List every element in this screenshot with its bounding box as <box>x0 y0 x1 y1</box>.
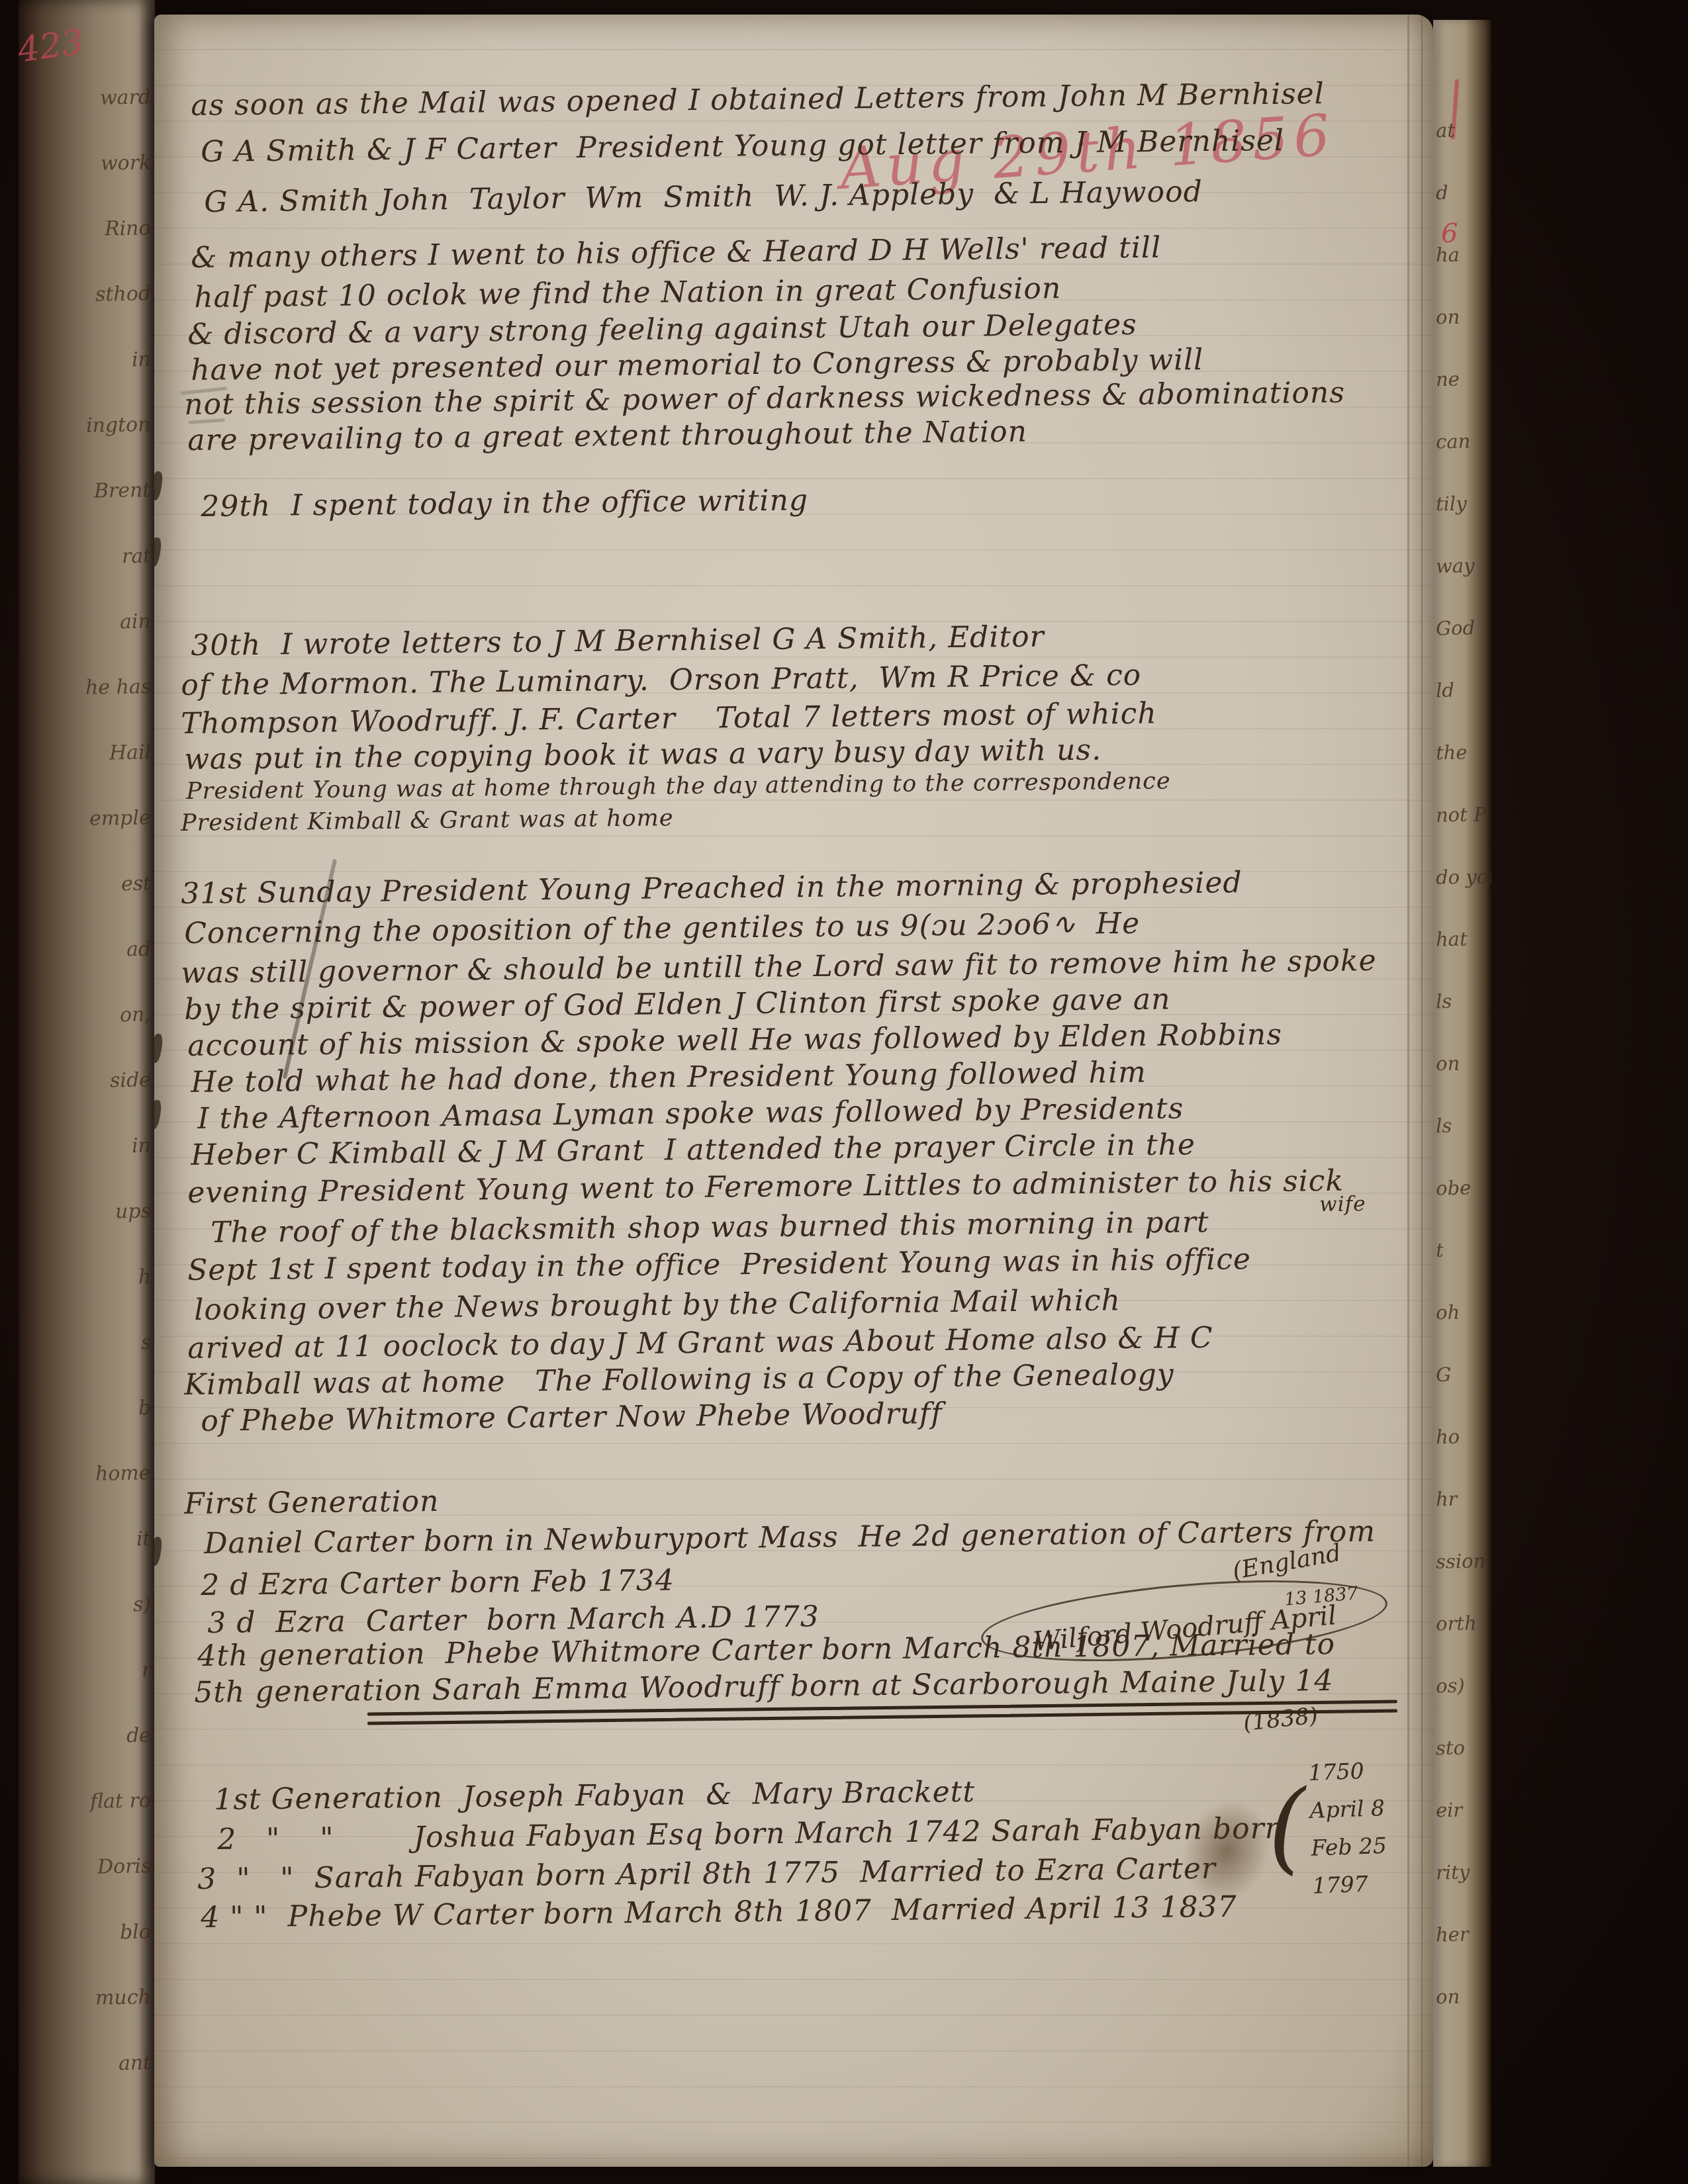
text-fragment: de <box>126 1724 152 1748</box>
text-fragment: on <box>1436 1985 1460 2009</box>
journal-line: was still governor & should be untill th… <box>181 944 1377 990</box>
text-fragment: her <box>1436 1923 1469 1946</box>
text-fragment: way <box>1436 554 1475 577</box>
text-fragment: God <box>1436 616 1476 639</box>
journal-line: Concerning the oposition of the gentiles… <box>184 907 1140 950</box>
genealogy-line: Daniel Carter born in Newburyport Mass H… <box>204 1514 1376 1561</box>
text-fragment: eir <box>1436 1799 1463 1822</box>
text-fragment: side <box>110 1068 152 1092</box>
text-fragment: on, <box>120 1003 152 1027</box>
text-fragment: it <box>136 1527 151 1551</box>
text-fragment: in <box>132 348 152 371</box>
text-fragment: do you <box>1436 865 1491 889</box>
text-fragment: r <box>141 1659 151 1682</box>
journal-line: evening President Young went to Feremore… <box>187 1164 1344 1210</box>
binding-stitch <box>154 471 164 501</box>
text-fragment: h <box>138 1265 151 1289</box>
text-fragment: can <box>1436 430 1471 453</box>
margin-date: 1797 <box>1312 1870 1389 1899</box>
text-fragment: oh <box>1436 1301 1460 1324</box>
text-fragment: he has <box>85 675 151 700</box>
text-fragment: ups <box>115 1200 152 1224</box>
journal-line: Sept 1st I spent today in the office Pre… <box>187 1242 1251 1287</box>
text-fragment: t <box>1436 1239 1444 1261</box>
text-fragment: Rino <box>105 216 151 240</box>
page-number: 423 <box>19 22 86 70</box>
binding-stitch <box>154 1033 164 1064</box>
genealogy-heading: First Generation <box>184 1484 440 1521</box>
text-fragment: ld <box>1436 679 1454 702</box>
text-fragment: ls <box>1436 1115 1452 1137</box>
text-fragment: tily <box>1436 492 1467 516</box>
text-fragment: ant <box>118 2052 151 2075</box>
journal-line: & many others I went to his office & Hea… <box>191 231 1161 275</box>
text-fragment: ain <box>120 610 151 634</box>
binding-stitch <box>154 537 162 567</box>
journal-line: are prevailing to a great extent through… <box>187 415 1027 457</box>
journal-line: half past 10 oclok we find the Nation in… <box>194 271 1061 314</box>
text-fragment: on <box>1436 306 1460 329</box>
text-fragment: home <box>95 1461 151 1485</box>
text-fragment: b <box>138 1396 151 1420</box>
text-fragment: work <box>100 151 151 175</box>
journal-line: He told what he had done, then President… <box>191 1056 1147 1099</box>
text-fragment: ington <box>86 413 151 437</box>
journal-line: 31st Sunday President Young Preached in … <box>181 866 1243 911</box>
text-fragment: much <box>95 1985 152 2009</box>
previous-page-edge: 423 wardworkRinosthodiningtonBrentratain… <box>19 0 155 2184</box>
scanned-journal-page: 423 wardworkRinosthodiningtonBrentratain… <box>0 0 1688 2184</box>
genealogy-line: 1st Generation Joseph Fabyan & Mary Brac… <box>214 1775 975 1817</box>
margin-dates-bracket: ( 1750 April 8 Feb 25 1797 <box>1265 1748 1389 1904</box>
text-fragment: Doris <box>97 1854 151 1878</box>
left-edge-text-fragments: wardworkRinosthodiningtonBrentratainhe h… <box>52 86 151 2075</box>
text-fragment: sthod <box>95 282 152 306</box>
text-fragment: Brent <box>94 478 151 502</box>
text-fragment: ho <box>1436 1426 1460 1449</box>
text-fragment: os) <box>1436 1674 1465 1698</box>
genealogy-line: 2 " " Joshua Fabyan Esq born March 1742 … <box>217 1811 1284 1856</box>
text-fragment: est <box>120 872 151 896</box>
text-fragment: in <box>132 1134 152 1158</box>
text-fragment: blo <box>120 1921 151 1944</box>
text-fragment: hat <box>1436 928 1468 951</box>
text-fragment: Hail <box>109 741 151 764</box>
text-fragment: s <box>140 1331 151 1354</box>
text-fragment: flat ro <box>90 1789 151 1813</box>
journal-line: Kimball was at home The Following is a C… <box>184 1357 1174 1402</box>
text-fragment: the <box>1436 741 1468 764</box>
journal-line: 29th I spent today in the office writing <box>201 483 808 523</box>
journal-line: G A. Smith John Taylor Wm Smith W. J. Ap… <box>204 175 1203 219</box>
text-fragment: ha <box>1436 244 1460 267</box>
journal-line: of the Mormon. The Luminary. Orson Pratt… <box>181 659 1141 702</box>
text-fragment: rity <box>1436 1861 1470 1884</box>
text-fragment: rat <box>121 545 151 569</box>
page-shadow <box>1407 15 1433 2167</box>
text-fragment: ssion <box>1436 1549 1486 1572</box>
journal-line: 30th I wrote letters to J M Bernhisel G … <box>191 619 1045 662</box>
text-fragment: hr <box>1436 1488 1458 1511</box>
text-fragment: G <box>1436 1363 1452 1386</box>
text-fragment: d <box>1436 181 1448 204</box>
margin-date: April 8 <box>1309 1795 1386 1823</box>
genealogy-line: 4 " " Phebe W Carter born March 8th 1807… <box>201 1890 1237 1934</box>
journal-line: The roof of the blacksmith shop was burn… <box>211 1205 1209 1250</box>
genealogy-line: 3 " " Sarah Fabyan born April 8th 1775 M… <box>197 1852 1216 1896</box>
text-fragment: at <box>1436 119 1456 142</box>
text-fragment: obe <box>1436 1177 1472 1200</box>
journal-line: looking over the News brought by the Cal… <box>194 1283 1121 1327</box>
text-fragment: not P <box>1436 803 1487 826</box>
text-fragment: sto <box>1436 1737 1466 1760</box>
margin-date: 1750 <box>1308 1757 1385 1786</box>
journal-line: of Phebe Whitmore Carter Now Phebe Woodr… <box>201 1396 943 1438</box>
next-page-edge: 6 atdhaonnecantilywayGodldthenot Pdo you… <box>1433 20 1491 2167</box>
text-fragment: ls <box>1436 990 1452 1013</box>
text-fragment: orth <box>1436 1612 1477 1635</box>
text-fragment: s) <box>133 1593 152 1616</box>
text-fragment: on <box>1436 1052 1460 1075</box>
margin-date: Feb 25 <box>1311 1833 1387 1861</box>
binding-stitch <box>154 1099 162 1130</box>
text-fragment: ad <box>126 938 152 962</box>
genealogy-line: 2 d Ezra Carter born Feb 1734 <box>201 1564 675 1602</box>
text-fragment: emple <box>89 806 151 831</box>
interlinear-word: wife <box>1319 1192 1366 1216</box>
binding-stitch <box>154 1536 163 1567</box>
text-fragment: ward <box>100 85 152 109</box>
journal-line: President Kimball & Grant was at home <box>181 805 674 837</box>
journal-line: Heber C Kimball & J M Grant I attended t… <box>191 1128 1196 1172</box>
journal-page: Aug 29th 1856 as soon as the Mail was op… <box>154 15 1433 2167</box>
text-fragment: ne <box>1436 368 1460 391</box>
right-edge-text-fragments: atdhaonnecantilywayGodldthenot Pdo youha… <box>1436 119 1491 2008</box>
